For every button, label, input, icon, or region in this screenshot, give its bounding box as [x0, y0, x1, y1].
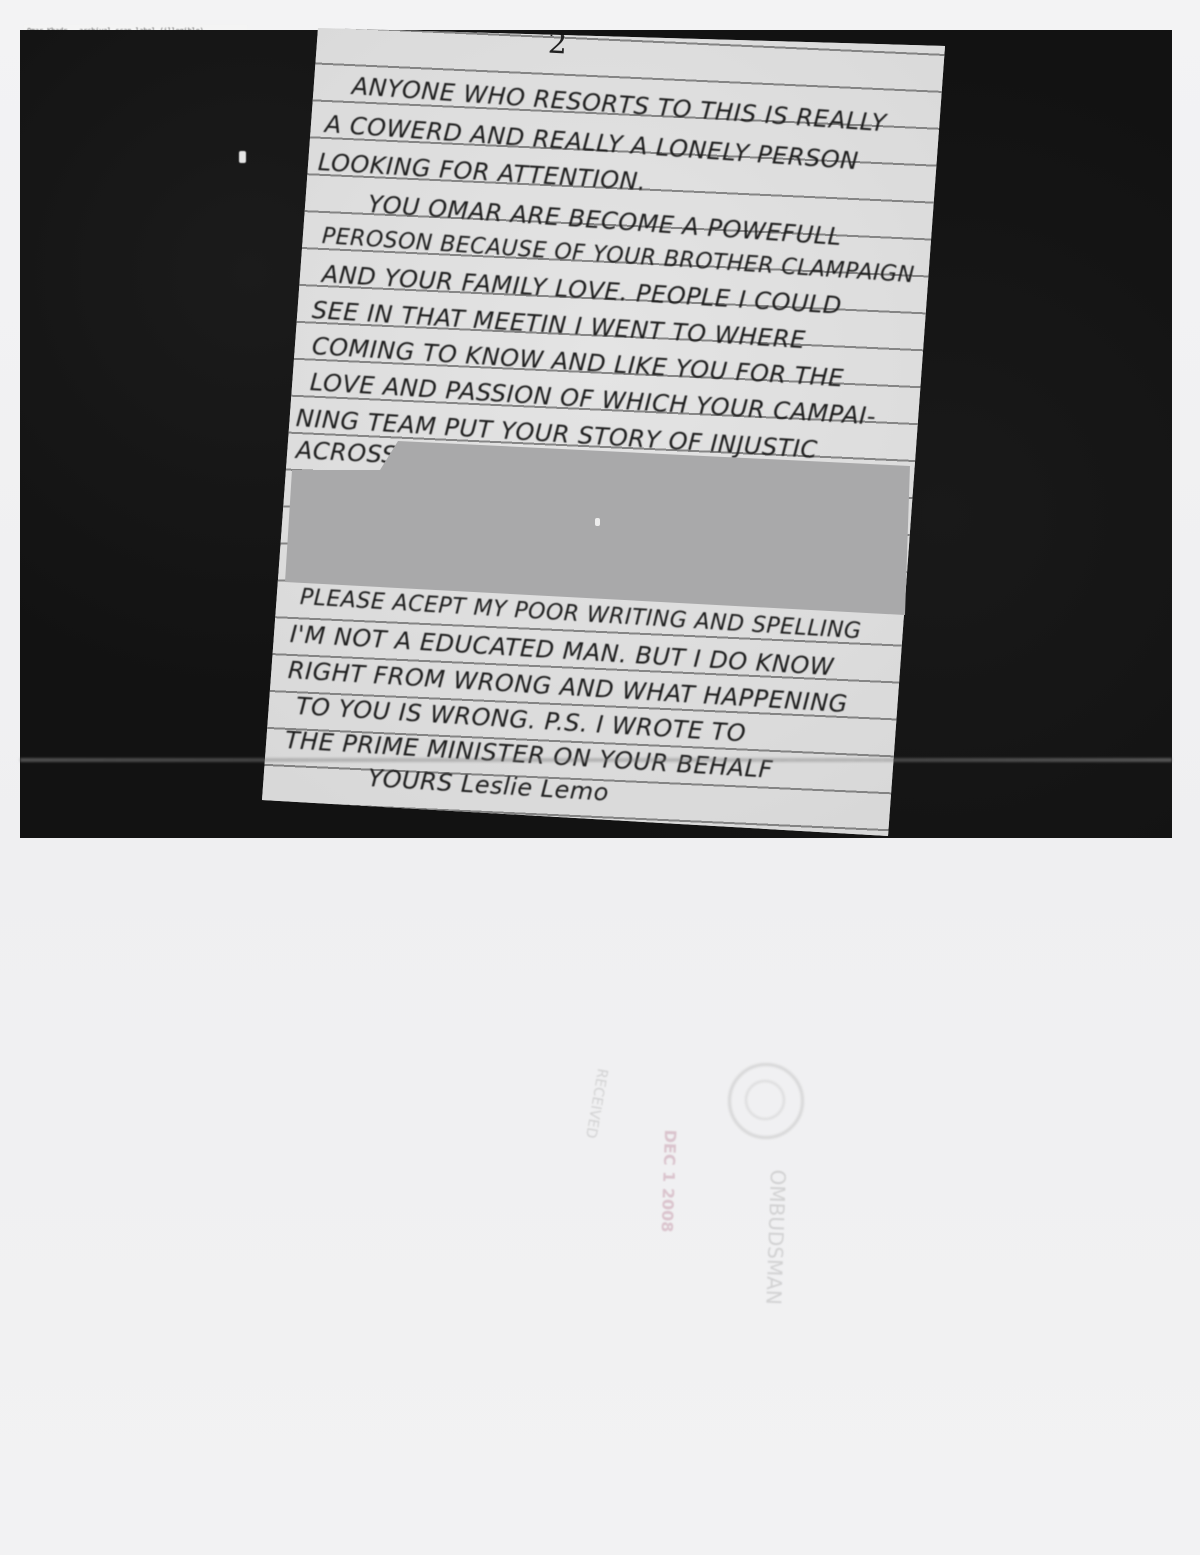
scanned-page: Omar Khadr — archival scan label (illegi… — [0, 0, 1200, 1555]
fold-line — [20, 758, 1172, 762]
back-stamp-text: RECEIVED — [582, 1067, 610, 1139]
scan-speck — [239, 151, 246, 163]
seal-stamp-icon — [728, 1063, 804, 1139]
redaction-mark — [595, 518, 600, 526]
back-stamp-date: DEC 1 2008 — [657, 1129, 680, 1232]
back-stamp-text: OMBUDSMAN — [761, 1169, 790, 1305]
